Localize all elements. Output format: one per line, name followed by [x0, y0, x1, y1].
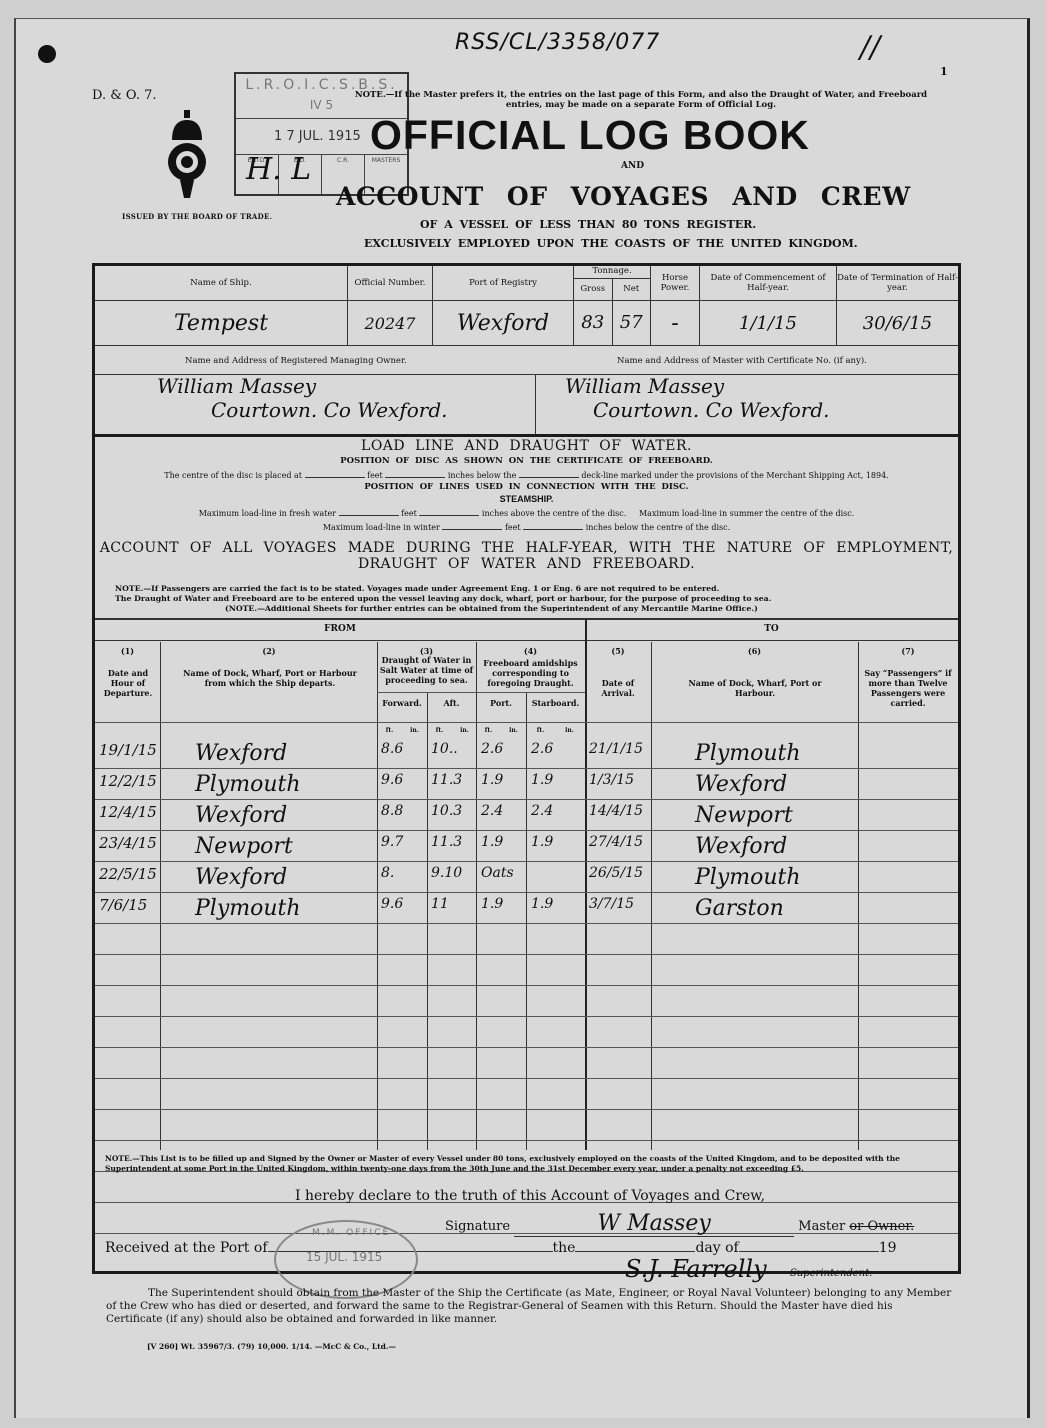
voyage-from: Plymouth: [195, 896, 301, 921]
ship-name-value: Tempest: [95, 301, 348, 346]
voyage-arrival: 3/7/15: [589, 896, 634, 912]
gross-value: 83: [574, 301, 613, 345]
header-tonnage: Tonnage. Gross Net: [574, 266, 651, 301]
issued-by: ISSUED BY THE BOARD OF TRADE.: [122, 212, 272, 221]
load-line-section: LOAD LINE AND DRAUGHT OF WATER. POSITION…: [95, 434, 958, 532]
ft-label: ft.: [377, 726, 402, 736]
col2-label: Name of Dock, Wharf, Port or Harbour fro…: [175, 668, 365, 688]
voyage-port: 1.9: [481, 896, 503, 912]
in-label: in.: [501, 726, 526, 736]
voyage-arrival: 21/1/15: [589, 741, 643, 757]
col7-num: (7): [858, 646, 958, 656]
voyage-forward: 9.6: [381, 772, 403, 788]
punch-hole: [38, 45, 56, 63]
owner-label: Name and Address of Registered Managing …: [185, 356, 407, 366]
voyage-departure: 7/6/15: [99, 896, 147, 914]
disc-position-heading: POSITION OF DISC AS SHOWN ON THE CERTIFI…: [95, 456, 958, 466]
voyage-from: Wexford: [195, 803, 287, 828]
voyage-starboard: 1.9: [531, 896, 553, 912]
col5-label: Date of Arrival.: [587, 678, 649, 698]
voyage-arrival: 1/3/15: [589, 772, 634, 788]
header-gross: Gross: [574, 279, 613, 300]
received-line: Received at the Port oftheday of19: [105, 1240, 897, 1256]
voyage-port: 1.9: [481, 772, 503, 788]
ruled-line: [95, 768, 958, 769]
horse-power-value: -: [651, 301, 700, 346]
ruled-line: [95, 1078, 958, 1079]
voyage-forward: 9.7: [381, 834, 403, 850]
voyage-departure: 12/4/15: [99, 803, 157, 821]
stamp-initials: H. L: [246, 152, 311, 187]
voyage-port: Oats: [481, 865, 514, 881]
archive-reference: RSS/CL/3358/077: [455, 30, 660, 55]
forward-label: Forward.: [377, 698, 427, 708]
termination-value: 30/6/15: [837, 301, 959, 346]
account-notes: NOTE.—If Passengers are carried the fact…: [115, 584, 955, 614]
master-label: Name and Address of Master with Certific…: [617, 356, 867, 366]
to-label: TO: [585, 624, 958, 634]
ft-label: ft.: [427, 726, 452, 736]
voyage-departure: 22/5/15: [99, 865, 157, 883]
ruled-line: [95, 985, 958, 986]
load-line-heading: LOAD LINE AND DRAUGHT OF WATER.: [95, 438, 958, 454]
header-net: Net: [613, 279, 651, 300]
voyages-table: FROM TO (1) Date and Hour of Departure. …: [95, 618, 958, 1150]
voyage-departure: 23/4/15: [99, 834, 157, 852]
aft-label: Aft.: [427, 698, 476, 708]
voyage-starboard: 1.9: [531, 772, 553, 788]
signature-line: Signature W Massey Master or Owner.: [445, 1211, 914, 1237]
page-number: 1: [940, 65, 948, 78]
header-ship-name: Name of Ship.: [95, 266, 348, 301]
ruled-line: [95, 1140, 958, 1141]
top-note: NOTE.—If the Master prefers it, the entr…: [336, 90, 946, 110]
ruled-line: [95, 954, 958, 955]
disc-position-line: The centre of the disc is placed at feet…: [95, 469, 958, 480]
voyage-starboard: 1.9: [531, 834, 553, 850]
printer-imprint: [V 260] Wt. 35967/3. (79) 10,000. 1/14. …: [147, 1342, 396, 1351]
net-value: 57: [613, 301, 651, 345]
port-value: Wexford: [433, 301, 574, 346]
voyage-from: Wexford: [195, 865, 287, 890]
voyage-from: Wexford: [195, 741, 287, 766]
voyage-forward: 8.: [381, 865, 394, 881]
steamship-label: STEAMSHIP.: [95, 494, 958, 504]
master-signature: W Massey: [514, 1211, 794, 1237]
voyage-forward: 8.8: [381, 803, 403, 819]
col6-num: (6): [651, 646, 858, 656]
header-horse-power: Horse Power.: [651, 266, 700, 301]
commencement-value: 1/1/15: [700, 301, 837, 346]
voyage-aft: 10..: [431, 741, 458, 757]
declaration: I hereby declare to the truth of this Ac…: [295, 1188, 765, 1204]
in-label: in.: [452, 726, 477, 736]
voyage-departure: 12/2/15: [99, 772, 157, 790]
form-body: Name of Ship. Official Number. Port of R…: [92, 263, 961, 1274]
check-mark-icon: //: [860, 30, 880, 65]
voyage-starboard: 2.6: [531, 741, 553, 757]
superintendent-signature: S.J. Farrelly: [625, 1255, 767, 1283]
ruled-line: [95, 892, 958, 893]
owner-master-section: Name and Address of Registered Managing …: [95, 346, 958, 437]
lines-position-heading: POSITION OF LINES USED IN CONNECTION WIT…: [95, 482, 958, 492]
col5-num: (5): [585, 646, 651, 656]
page-title: OFFICIAL LOG BOOK: [370, 112, 810, 159]
voyage-aft: 11.3: [431, 834, 462, 850]
voyage-port: 2.4: [481, 803, 503, 819]
voyage-aft: 11: [431, 896, 449, 912]
voyage-arrival: 27/4/15: [589, 834, 643, 850]
col6-label: Name of Dock, Wharf, Port or Harbour.: [675, 678, 835, 698]
col1-num: (1): [95, 646, 160, 656]
ruled-line: [95, 1016, 958, 1017]
ruled-line: [95, 1047, 958, 1048]
ruled-line: [95, 1109, 958, 1110]
voyage-departure: 19/1/15: [99, 741, 157, 759]
voyage-to: Plymouth: [695, 741, 801, 766]
voyage-forward: 8.6: [381, 741, 403, 757]
voyage-to: Plymouth: [695, 865, 801, 890]
voyage-from: Newport: [195, 834, 293, 859]
voyage-forward: 9.6: [381, 896, 403, 912]
header-official-number: Official Number.: [348, 266, 433, 301]
header-termination: Date of Termination of Half-year.: [837, 266, 959, 301]
voyage-aft: 9.10: [431, 865, 462, 881]
royal-crest-icon: [166, 110, 208, 206]
port-label: Port.: [476, 698, 526, 708]
owner-name: William Massey: [157, 374, 316, 398]
col7-label: Say “Passengers” if more than Twelve Pas…: [861, 668, 955, 708]
voyage-from: Plymouth: [195, 772, 301, 797]
stamp-date: 1 7 JUL. 1915: [274, 129, 361, 144]
voyage-port: 2.6: [481, 741, 503, 757]
winter-line: Maximum load-line in winter feet inches …: [95, 521, 958, 532]
page-subtitle: ACCOUNT OF VOYAGES AND CREW: [336, 182, 911, 211]
voyage-to: Newport: [695, 803, 793, 828]
superintendent-label: Superintendent.: [790, 1268, 872, 1279]
master-name: William Massey: [565, 374, 724, 398]
from-label: FROM: [95, 624, 585, 634]
voyage-aft: 11.3: [431, 772, 462, 788]
header-commencement: Date of Commencement of Half-year.: [700, 266, 837, 301]
voyage-to: Wexford: [695, 834, 787, 859]
ruled-line: [95, 799, 958, 800]
voyage-port: 1.9: [481, 834, 503, 850]
voyage-starboard: 2.4: [531, 803, 553, 819]
title-and: AND: [621, 161, 644, 171]
ruled-line: [95, 923, 958, 924]
col3-label: Draught of Water in Salt Water at time o…: [379, 655, 474, 685]
fresh-water-line: Maximum load-line in fresh water feet in…: [95, 507, 958, 518]
in-label: in.: [402, 726, 427, 736]
account-heading: ACCOUNT OF ALL VOYAGES MADE DURING THE H…: [95, 540, 958, 572]
master-address: Courtown. Co Wexford.: [593, 398, 829, 422]
ft-label: ft.: [526, 726, 555, 736]
voyage-to: Garston: [695, 896, 784, 921]
ft-label: ft.: [476, 726, 501, 736]
voyage-arrival: 14/4/15: [589, 803, 643, 819]
vessel-class-line: OF A VESSEL OF LESS THAN 80 TONS REGISTE…: [420, 218, 756, 231]
col4-label: Freeboard amidships corresponding to for…: [478, 658, 583, 688]
col4-num: (4): [476, 646, 585, 656]
col2-num: (2): [161, 646, 377, 656]
voyage-to: Wexford: [695, 772, 787, 797]
ship-details-table: Name of Ship. Official Number. Port of R…: [95, 266, 958, 346]
official-number-value: 20247: [348, 301, 433, 346]
in-label: in.: [555, 726, 584, 736]
form-code: D. & O. 7.: [92, 88, 157, 103]
header-port: Port of Registry: [433, 266, 574, 301]
owner-address: Courtown. Co Wexford.: [211, 398, 447, 422]
bottom-note: NOTE.—This List is to be filled up and S…: [105, 1154, 950, 1174]
superintendent-instruction: The Superintendent should obtain from th…: [106, 1287, 952, 1326]
starboard-label: Starboard.: [526, 698, 585, 708]
col1-label: Date and Hour of Departure.: [97, 668, 159, 698]
ruled-line: [95, 830, 958, 831]
voyage-arrival: 26/5/15: [589, 865, 643, 881]
ruled-line: [95, 861, 958, 862]
voyage-aft: 10.3: [431, 803, 462, 819]
tonnage-label: Tonnage.: [574, 266, 650, 279]
coastal-line: EXCLUSIVELY EMPLOYED UPON THE COASTS OF …: [364, 237, 858, 250]
